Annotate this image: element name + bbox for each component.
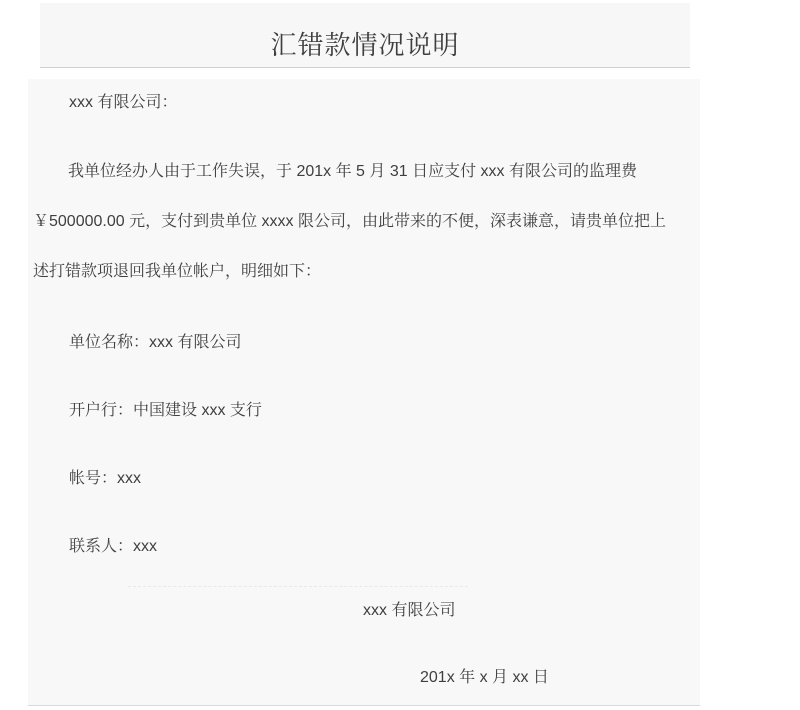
detail-company-name: 单位名称：xxx 有限公司 [69,332,694,354]
body-paragraph-line-3: 述打错款项退回我单位帐户，明细如下： [33,261,694,283]
detail-bank: 开户行：中国建设 xxx 支行 [69,400,694,422]
signature-company: xxx 有限公司 [363,600,694,622]
detail-contact: 联系人：xxx [69,536,694,558]
signature-date: 201x 年 x 月 xx 日 [420,667,694,689]
body-paragraph-line-2: ￥500000.00 元，支付到贵单位 xxxx 限公司，由此带来的不便，深表谦… [33,211,694,233]
recipient-line: xxx 有限公司： [69,92,694,114]
page-title: 汇错款情况说明 [40,28,690,62]
faint-dashed-line [128,586,468,587]
document-header: 汇错款情况说明 [40,3,690,68]
document-body: xxx 有限公司： 我单位经办人由于工作失误，于 201x 年 5 月 31 日… [28,79,700,706]
document-page: 汇错款情况说明 xxx 有限公司： 我单位经办人由于工作失误，于 201x 年 … [0,3,800,710]
detail-account: 帐号：xxx [69,468,694,490]
body-paragraph-line-1: 我单位经办人由于工作失误，于 201x 年 5 月 31 日应支付 xxx 有限… [33,161,694,183]
